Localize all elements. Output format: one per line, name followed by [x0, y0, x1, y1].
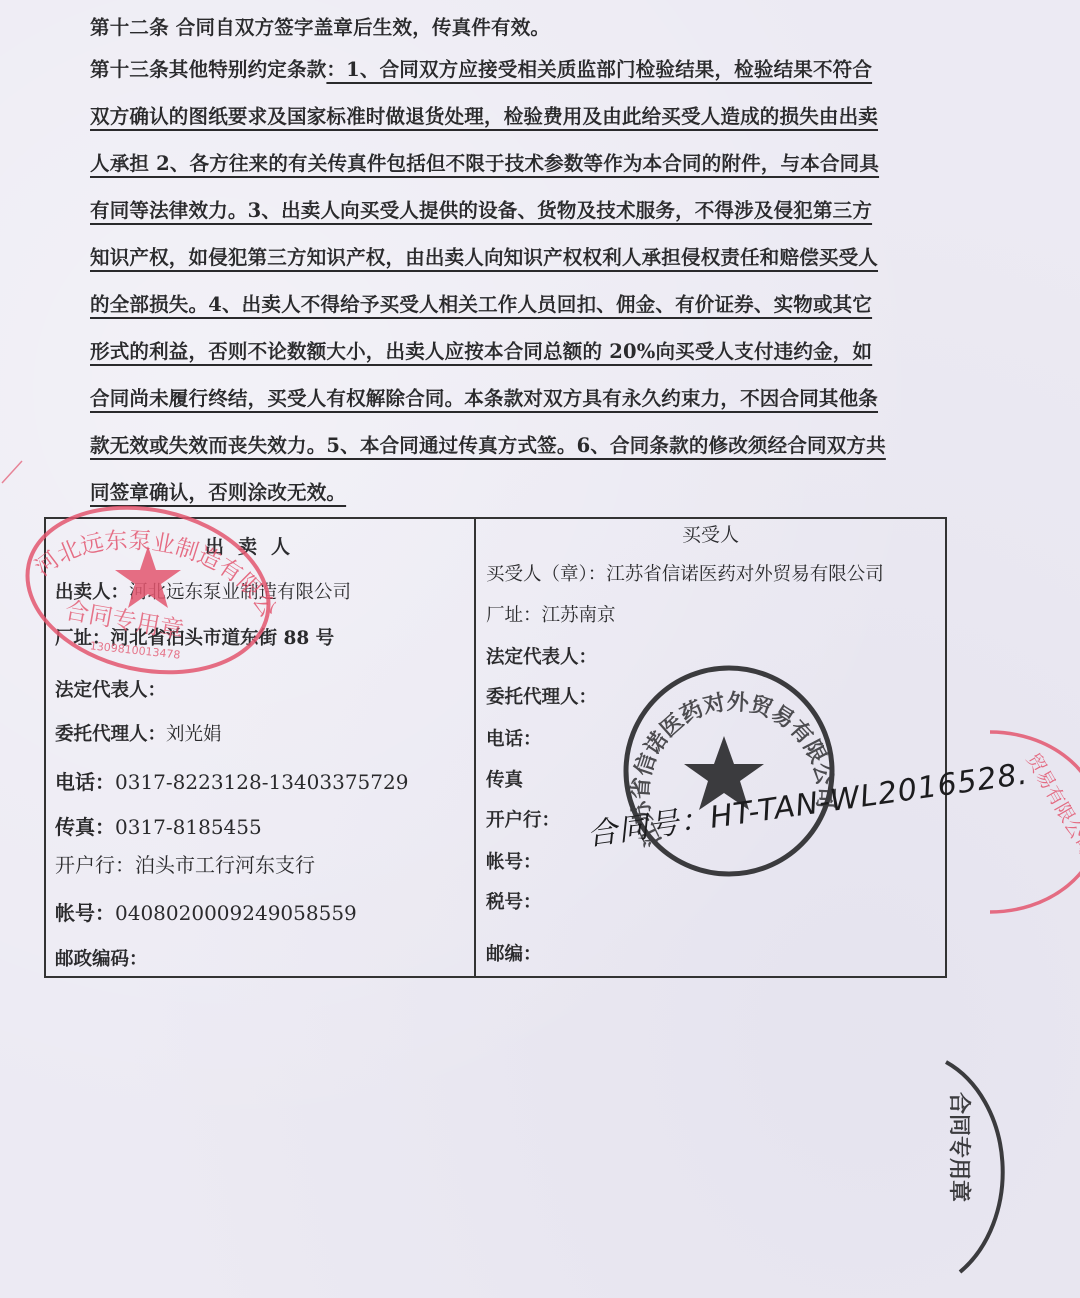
clause-13-line-7: 形式的利益，否则不论数额大小，出卖人应按本合同总额的 20%向买受人支付违约金，…: [90, 340, 872, 364]
seller-stamp-sub: 合同专用章: [63, 596, 186, 644]
buyer-tax-row: 税号：: [486, 888, 542, 914]
seller-phone-row: 电话：0317-8223128-13403375729: [55, 766, 408, 795]
clause-13-line-4: 有同等法律效力。3、出卖人向买受人提供的设备、货物及技术服务，不得涉及侵犯第三方: [90, 199, 872, 223]
buyer-address-row: 厂址：江苏南京: [486, 601, 616, 627]
seller-postcode-row: 邮政编码：: [55, 945, 148, 971]
buyer-bank-row: 开户行：: [486, 806, 560, 832]
clause-13-line-1: 第十三条其他特别约定条款：1、合同双方应接受相关质监部门检验结果，检验结果不符合: [90, 58, 872, 82]
buyer-agent-row: 委托代理人：: [486, 683, 597, 709]
buyer-legal-rep-row: 法定代表人：: [486, 643, 597, 669]
buyer-name-row: 买受人（章）：江苏省信诺医药对外贸易有限公司: [486, 560, 884, 586]
buyer-header: 买受人: [682, 520, 739, 547]
clause-13-title: 第十三条其他特别约定条款: [90, 58, 326, 81]
clause-13-text: ：1、合同双方应接受相关质监部门检验结果，检验结果不符合: [326, 58, 872, 81]
buyer-phone-row: 电话：: [486, 725, 542, 751]
table-column-divider: [474, 517, 476, 978]
red-mark-fragment: [0, 455, 30, 485]
seller-company-stamp: 河北远东泵业制造有限公司 合同专用章 1309810013478: [0, 480, 300, 680]
edge-red-stamp-text: 贸易有限公司: [1022, 750, 1080, 860]
clause-13-line-6: 的全部损失。4、出卖人不得给予买受人相关工作人员回扣、佣金、有价证券、实物或其它: [90, 293, 872, 317]
buyer-fax-row: 传真: [486, 766, 523, 792]
bottom-edge-stamp-text: 合同专用章: [946, 1092, 972, 1202]
buyer-company-stamp: 江苏省信诺医药对外贸易有限公司: [612, 656, 842, 886]
clause-13-line-5: 知识产权，如侵犯第三方知识产权，由出卖人向知识产权权利人承担侵权责任和赔偿买受人: [90, 246, 878, 270]
seller-bank-row: 开户行：泊头市工行河东支行: [55, 849, 315, 878]
clause-12: 第十二条 合同自双方签字盖章后生效，传真件有效。: [90, 16, 550, 40]
clause-13-line-8: 合同尚未履行终结，买受人有权解除合同。本条款对双方具有永久约束力，不因合同其他条: [90, 387, 878, 411]
buyer-postcode-row: 邮编：: [486, 940, 542, 966]
buyer-account-row: 帐号：: [486, 848, 542, 874]
seller-fax-row: 传真：0317-8185455: [55, 811, 262, 840]
seller-account-row: 帐号：0408020009249058559: [55, 897, 357, 926]
bottom-edge-stamp: 合同专用章: [930, 1040, 1080, 1298]
seller-agent-row: 委托代理人：刘光娟: [55, 720, 222, 746]
clause-13-line-2: 双方确认的图纸要求及国家标准时做退货处理，检验费用及由此给买受人造成的损失由出卖: [90, 105, 878, 129]
edge-red-stamp: 贸易有限公司: [960, 720, 1080, 920]
clause-13-line-3: 人承担 2、各方往来的有关传真件包括但不限于技术参数等作为本合同的附件，与本合同…: [90, 152, 879, 176]
clause-13-line-9: 款无效或失效而丧失效力。5、本合同通过传真方式签。6、合同条款的修改须经合同双方…: [90, 434, 886, 458]
